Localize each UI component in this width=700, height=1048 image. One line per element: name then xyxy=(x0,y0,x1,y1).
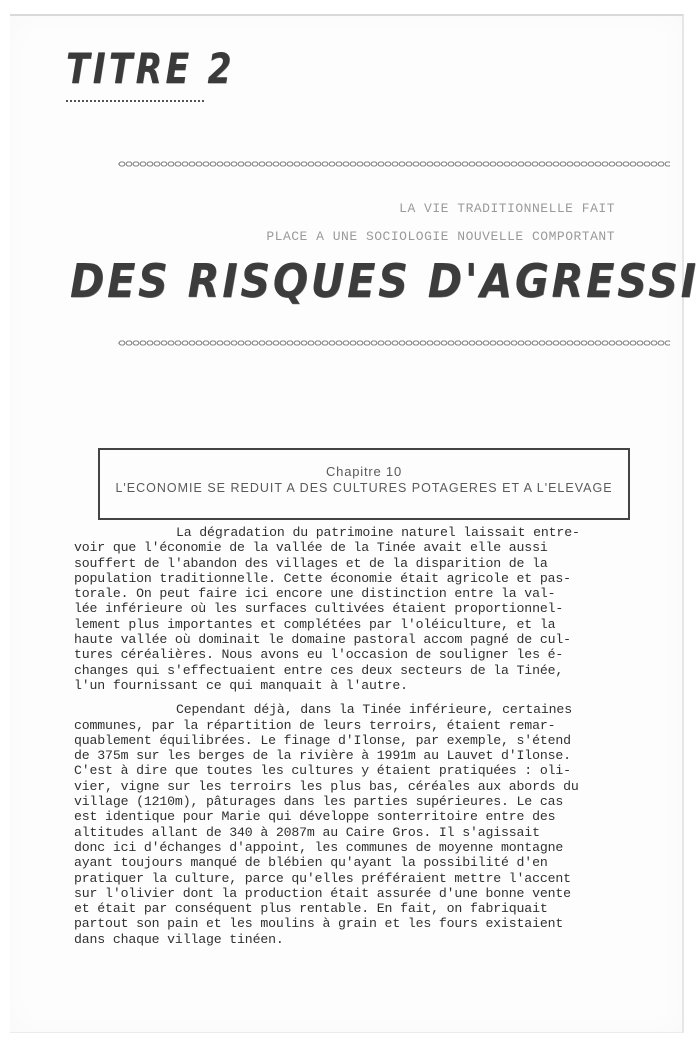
chapter-heading-box: Chapitre 10 L'ECONOMIE SE REDUIT A DES C… xyxy=(98,448,630,520)
text-line: lée inférieure où les surfaces cultivées… xyxy=(74,601,654,616)
text-line: l'un fournissant ce qui manquait à l'aut… xyxy=(74,678,654,693)
body-text: La dégradation du patrimoine naturel lai… xyxy=(74,525,654,947)
text-line: de 375m sur les berges de la rivière à 1… xyxy=(74,748,654,763)
text-line: population traditionnelle. Cette économi… xyxy=(74,571,654,586)
text-line: voir que l'économie de la vallée de la T… xyxy=(74,540,654,555)
text-line: partout son pain et les moulins à grain … xyxy=(74,916,654,931)
text-line: est identique pour Marie qui développe s… xyxy=(74,809,654,824)
paragraph-1: La dégradation du patrimoine naturel lai… xyxy=(74,525,654,693)
text-line: lement plus importantes et complétées pa… xyxy=(74,617,654,632)
text-line: altitudes allant de 340 à 2087m au Caire… xyxy=(74,825,654,840)
decorative-braid-divider-bottom xyxy=(118,339,670,347)
text-line: donc ici d'échanges d'appoint, les commu… xyxy=(74,840,654,855)
text-line: communes, par la répartition de leurs te… xyxy=(74,718,654,733)
text-line: changes qui s'effectuaient entre ces deu… xyxy=(74,663,654,678)
text-line: La dégradation du patrimoine naturel lai… xyxy=(74,525,654,540)
text-line: C'est à dire que toutes les cultures y é… xyxy=(74,763,654,778)
section-heading: TITRE 2 xyxy=(66,44,235,93)
chapter-number: Chapitre 10 xyxy=(100,464,628,479)
text-line: quablement équilibrées. Le finage d'Ilon… xyxy=(74,733,654,748)
text-line: torale. On peut faire ici encore une dis… xyxy=(74,586,654,601)
text-line: Cependant déjà, dans la Tinée inférieure… xyxy=(74,702,654,717)
faint-subtitle-line-1: LA VIE TRADITIONNELLE FAIT xyxy=(399,201,615,216)
text-line: tures céréalières. Nous avons eu l'occas… xyxy=(74,647,654,662)
paragraph-2: Cependant déjà, dans la Tinée inférieure… xyxy=(74,702,654,947)
decorative-braid-divider-top xyxy=(118,160,670,168)
section-heading-underline xyxy=(66,100,204,102)
text-line: haute vallée où dominait le domaine past… xyxy=(74,632,654,647)
text-line: vier, vigne sur les terroirs les plus ba… xyxy=(74,779,654,794)
chapter-title: L'ECONOMIE SE REDUIT A DES CULTURES POTA… xyxy=(100,482,628,495)
faint-subtitle-line-2: PLACE A UNE SOCIOLOGIE NOUVELLE COMPORTA… xyxy=(266,229,615,244)
text-line: ayant toujours manqué de blébien qu'ayan… xyxy=(74,855,654,870)
text-line: village (1210m), pâturages dans les part… xyxy=(74,794,654,809)
text-line: et était par conséquent plus rentable. E… xyxy=(74,901,654,916)
text-line: souffert de l'abandon des villages et de… xyxy=(74,556,654,571)
text-line: sur l'olivier dont la production était a… xyxy=(74,886,654,901)
text-line: pratiquer la culture, parce qu'elles pré… xyxy=(74,871,654,886)
main-title: DES RISQUES D'AGRESSION xyxy=(70,254,700,308)
text-line: dans chaque village tinéen. xyxy=(74,932,654,947)
